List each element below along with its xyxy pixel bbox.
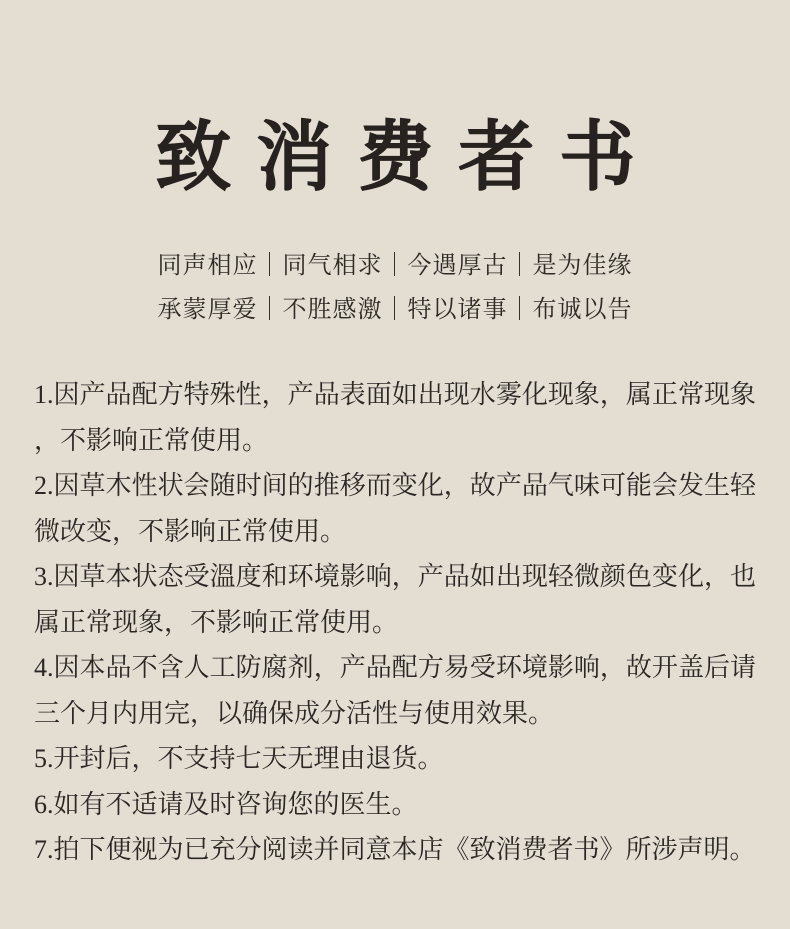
- notice-item-5: 5.开封后，不支持七天无理由退货。: [34, 736, 756, 782]
- notice-item-1: 1.因产品配方特殊性，产品表面如出现水雾化现象，属正常现象，不影响正常使用。: [34, 372, 756, 463]
- subtitle-line-2: 承蒙厚爱｜不胜感激｜特以诸事｜布诚以告: [0, 288, 790, 332]
- notice-item-4: 4.因本品不含人工防腐剂，产品配方易受环境影响，故开盖后请三个月内用完，以确保成…: [34, 645, 756, 736]
- notice-item-7: 7.拍下便视为已充分阅读并同意本店《致消费者书》所涉声明。: [34, 827, 756, 873]
- notice-item-2: 2.因草木性状会随时间的推移而变化，故产品气味可能会发生轻微改变，不影响正常使用…: [34, 463, 756, 554]
- subtitle-line-1: 同声相应｜同气相求｜今遇厚古｜是为佳缘: [0, 244, 790, 288]
- notice-item-3: 3.因草本状态受溫度和环境影响，产品如出现轻微颜色变化，也属正常现象，不影响正常…: [34, 554, 756, 645]
- subtitle-block: 同声相应｜同气相求｜今遇厚古｜是为佳缘 承蒙厚爱｜不胜感激｜特以诸事｜布诚以告: [0, 244, 790, 332]
- consumer-letter-page: 致消费者书 同声相应｜同气相求｜今遇厚古｜是为佳缘 承蒙厚爱｜不胜感激｜特以诸事…: [0, 0, 790, 929]
- notice-list: 1.因产品配方特殊性，产品表面如出现水雾化现象，属正常现象，不影响正常使用。 2…: [34, 372, 756, 873]
- page-title: 致消费者书: [0, 112, 790, 204]
- notice-item-6: 6.如有不适请及时咨询您的医生。: [34, 782, 756, 828]
